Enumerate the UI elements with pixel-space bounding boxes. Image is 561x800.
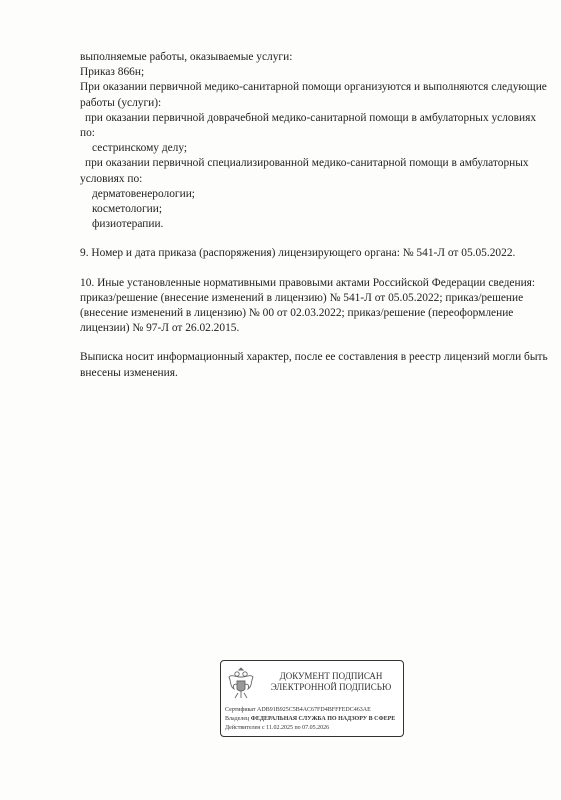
- coat-of-arms-icon: [226, 665, 256, 701]
- item-10-line: (внесение изменений в лицензию) № 00 от …: [80, 306, 550, 321]
- text-line: физиотерапии.: [80, 217, 550, 232]
- electronic-signature-stamp: ДОКУМЕНТ ПОДПИСАН ЭЛЕКТРОННОЙ ПОДПИСЬЮ С…: [220, 660, 404, 737]
- text-line: условиях по:: [80, 172, 550, 187]
- validity: Действителен с 11.02.2025 по 07.05.2026: [225, 724, 395, 733]
- item-10-line: лицензии) № 97-Л от 26.02.2015.: [80, 321, 550, 336]
- owner-value: ФЕДЕРАЛЬНАЯ СЛУЖБА ПО НАДЗОРУ В СФЕРЕ: [251, 716, 396, 722]
- text-line: косметологии;: [80, 202, 550, 217]
- text-line: при оказании первичной доврачебной медик…: [80, 111, 550, 126]
- item-10-line: 10. Иные установленные нормативными прав…: [80, 276, 550, 291]
- text-line: При оказании первичной медико-санитарной…: [80, 80, 550, 95]
- stamp-details: Сертификат ADB91B925C5B4AC67FD4BFFFEDC46…: [225, 706, 395, 733]
- text-line: работы (услуги):: [80, 96, 550, 111]
- text-line: сестринскому делу;: [80, 141, 550, 156]
- text-line: при оказании первичной специализированно…: [80, 156, 550, 171]
- certificate-value: ADB91B925C5B4AC67FD4BFFFEDC463AE: [257, 707, 371, 713]
- note-line: Выписка носит информационный характер, п…: [80, 350, 550, 365]
- text-line: по:: [80, 126, 550, 141]
- text-line: выполняемые работы, оказываемые услуги:: [80, 50, 550, 65]
- note-line: внесены изменения.: [80, 366, 550, 381]
- item-9: 9. Номер и дата приказа (распоряжения) л…: [80, 246, 550, 261]
- stamp-title: ДОКУМЕНТ ПОДПИСАН ЭЛЕКТРОННОЙ ПОДПИСЬЮ: [261, 671, 401, 693]
- document-body: выполняемые работы, оказываемые услуги: …: [80, 50, 550, 381]
- item-10-line: приказ/решение (внесение изменений в лиц…: [80, 291, 550, 306]
- text-line: Приказ 866н;: [80, 65, 550, 80]
- text-line: дерматовенерологии;: [80, 187, 550, 202]
